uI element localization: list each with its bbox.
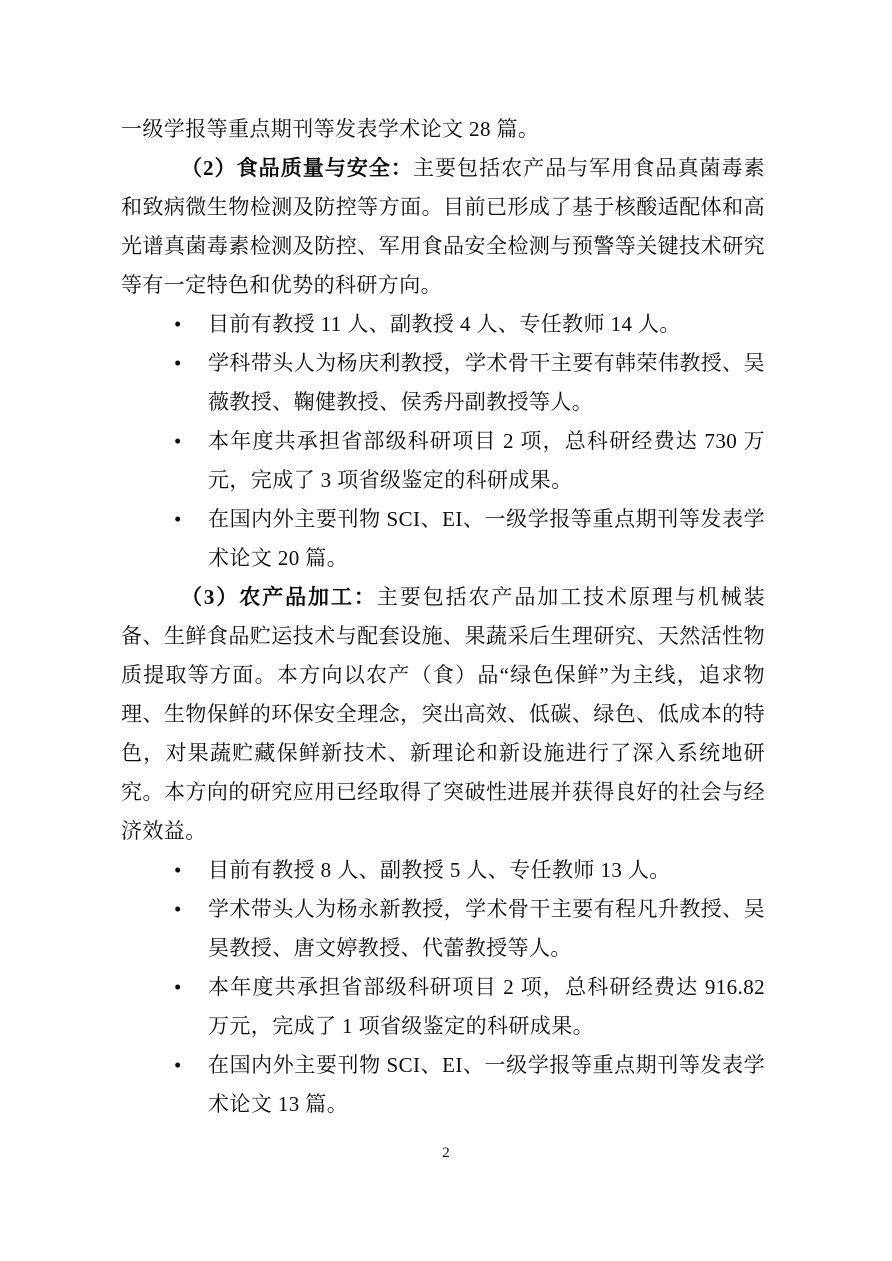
document-body: 一级学报等重点期刊等发表学术论文 28 篇。 （2）食品质量与安全：主要包括农产… <box>121 110 765 1124</box>
section-2-heading: （2）食品质量与安全： <box>181 156 413 180</box>
bullet-icon: • <box>174 890 182 929</box>
bullet-icon: • <box>174 422 182 461</box>
bullet-text: 目前有教授 8 人、副教授 5 人、专任教师 13 人。 <box>208 858 671 882</box>
bullet-text: 在国内外主要刊物 SCI、EI、一级学报等重点期刊等发表学术论文 20 篇。 <box>208 507 765 570</box>
bullet-item: • 本年度共承担省部级科研项目 2 项，总科研经费达 730 万元，完成了 3 … <box>121 422 765 500</box>
bullet-text: 本年度共承担省部级科研项目 2 项，总科研经费达 730 万元，完成了 3 项省… <box>208 429 765 492</box>
bullet-item: • 目前有教授 8 人、副教授 5 人、专任教师 13 人。 <box>121 851 765 890</box>
section-3-bullet-list: • 目前有教授 8 人、副教授 5 人、专任教师 13 人。 • 学术带头人为杨… <box>121 851 765 1124</box>
section-2-paragraph: （2）食品质量与安全：主要包括农产品与军用食品真菌毒素和致病微生物检测及防控等方… <box>121 149 765 305</box>
section-3-paragraph: （3）农产品加工：主要包括农产品加工技术原理与机械装备、生鲜食品贮运技术与配套设… <box>121 578 765 851</box>
bullet-text: 学科带头人为杨庆利教授，学术骨干主要有韩荣伟教授、吴薇教授、鞠健教授、侯秀丹副教… <box>208 351 765 414</box>
bullet-text: 在国内外主要刊物 SCI、EI、一级学报等重点期刊等发表学术论文 13 篇。 <box>208 1053 765 1116</box>
bullet-icon: • <box>174 851 182 890</box>
bullet-item: • 在国内外主要刊物 SCI、EI、一级学报等重点期刊等发表学术论文 13 篇。 <box>121 1046 765 1124</box>
bullet-item: • 本年度共承担省部级科研项目 2 项，总科研经费达 916.82 万元，完成了… <box>121 968 765 1046</box>
bullet-item: • 学科带头人为杨庆利教授，学术骨干主要有韩荣伟教授、吴薇教授、鞠健教授、侯秀丹… <box>121 344 765 422</box>
bullet-text: 目前有教授 11 人、副教授 4 人、专任教师 14 人。 <box>208 312 681 336</box>
bullet-item: • 学术带头人为杨永新教授，学术骨干主要有程凡升教授、吴昊教授、唐文婷教授、代蕾… <box>121 890 765 968</box>
bullet-icon: • <box>174 344 182 383</box>
section-2-bullet-list: • 目前有教授 11 人、副教授 4 人、专任教师 14 人。 • 学科带头人为… <box>121 305 765 578</box>
bullet-icon: • <box>174 1046 182 1085</box>
page-number: 2 <box>0 1140 892 1166</box>
bullet-text: 本年度共承担省部级科研项目 2 项，总科研经费达 916.82 万元，完成了 1… <box>208 975 765 1038</box>
section-3-intro-text: 主要包括农产品加工技术原理与机械装备、生鲜食品贮运技术与配套设施、果蔬采后生理研… <box>121 585 765 843</box>
bullet-icon: • <box>174 968 182 1007</box>
bullet-item: • 目前有教授 11 人、副教授 4 人、专任教师 14 人。 <box>121 305 765 344</box>
bullet-text: 学术带头人为杨永新教授，学术骨干主要有程凡升教授、吴昊教授、唐文婷教授、代蕾教授… <box>208 897 765 960</box>
bullet-icon: • <box>174 500 182 539</box>
bullet-item: • 在国内外主要刊物 SCI、EI、一级学报等重点期刊等发表学术论文 20 篇。 <box>121 500 765 578</box>
bullet-continuation-line: 一级学报等重点期刊等发表学术论文 28 篇。 <box>121 110 765 149</box>
section-3-heading: （3）农产品加工： <box>181 585 377 609</box>
bullet-icon: • <box>174 305 182 344</box>
